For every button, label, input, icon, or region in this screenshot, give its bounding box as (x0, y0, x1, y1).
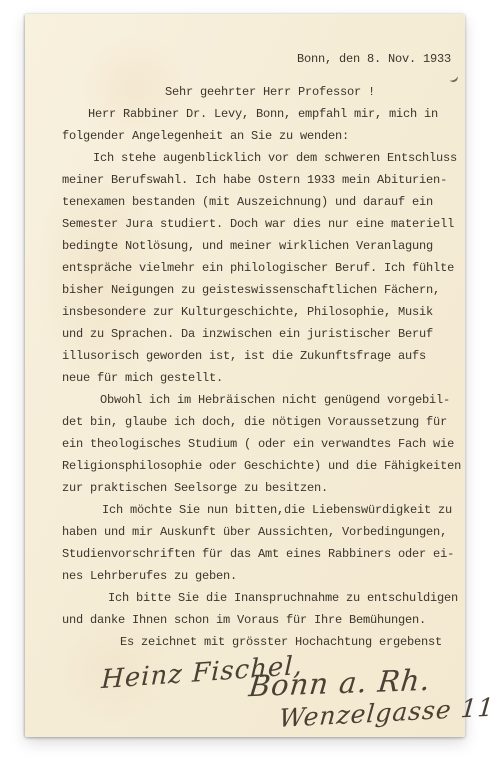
typed-line: und danke Ihnen schon im Voraus für Ihre… (62, 609, 465, 631)
typed-line: nes Lehrberufes zu geben. (62, 565, 465, 587)
typed-line: Semester Jura studiert. Doch war dies nu… (62, 213, 465, 235)
typed-line: neue für mich gestellt. (62, 367, 465, 389)
typed-line: und zu Sprachen. Da inzwischen ein juris… (62, 323, 465, 345)
typed-line: tenexamen bestanden (mit Auszeichnung) u… (62, 191, 465, 213)
typed-line: bedingte Notlösung, und meiner wirkliche… (62, 235, 465, 257)
letter-body: Sehr geehrter Herr Professor ! Herr Rabb… (62, 81, 465, 653)
typed-line: Ich bitte Sie die Inanspruchnahme zu ent… (62, 587, 465, 609)
typed-line: ein theologisches Studium ( oder ein ver… (62, 433, 465, 455)
dateline: Bonn, den 8. Nov. 1933 (297, 51, 451, 67)
typed-line: folgender Angelegenheit an Sie zu wenden… (62, 125, 465, 147)
salutation: Sehr geehrter Herr Professor ! (62, 81, 465, 103)
closing-line: Es zeichnet mit grösster Hochachtung erg… (62, 631, 465, 653)
typed-line: Studienvorschriften für das Amt eines Ra… (62, 543, 465, 565)
typed-line: zur praktischen Seelsorge zu besitzen. (62, 477, 465, 499)
typed-line: det bin, glaube ich doch, die nötigen Vo… (62, 411, 465, 433)
typed-line: Obwohl ich im Hebräischen nicht genügend… (62, 389, 465, 411)
typed-line: Religionsphilosophie oder Geschichte) un… (62, 455, 465, 477)
typed-line: insbesondere zur Kulturgeschichte, Philo… (62, 301, 465, 323)
letter-page: Bonn, den 8. Nov. 1933 Sehr geehrter Her… (25, 14, 465, 737)
typed-line: Ich möchte Sie nun bitten,die Liebenswür… (62, 499, 465, 521)
typed-line: meiner Berufswahl. Ich habe Ostern 1933 … (62, 169, 465, 191)
typed-line: entspräche vielmehr ein philologischer B… (62, 257, 465, 279)
typed-line: Ich stehe augenblicklich vor dem schwere… (62, 147, 465, 169)
typed-line: haben und mir Auskunft über Aussichten, … (62, 521, 465, 543)
typed-line: Herr Rabbiner Dr. Levy, Bonn, empfahl mi… (62, 103, 465, 125)
scanned-letter-photo: Bonn, den 8. Nov. 1933 Sehr geehrter Her… (0, 0, 493, 758)
typed-line: bisher Neigungen zu geisteswissenschaftl… (62, 279, 465, 301)
typed-line: illusorisch geworden ist, ist die Zukunf… (62, 345, 465, 367)
